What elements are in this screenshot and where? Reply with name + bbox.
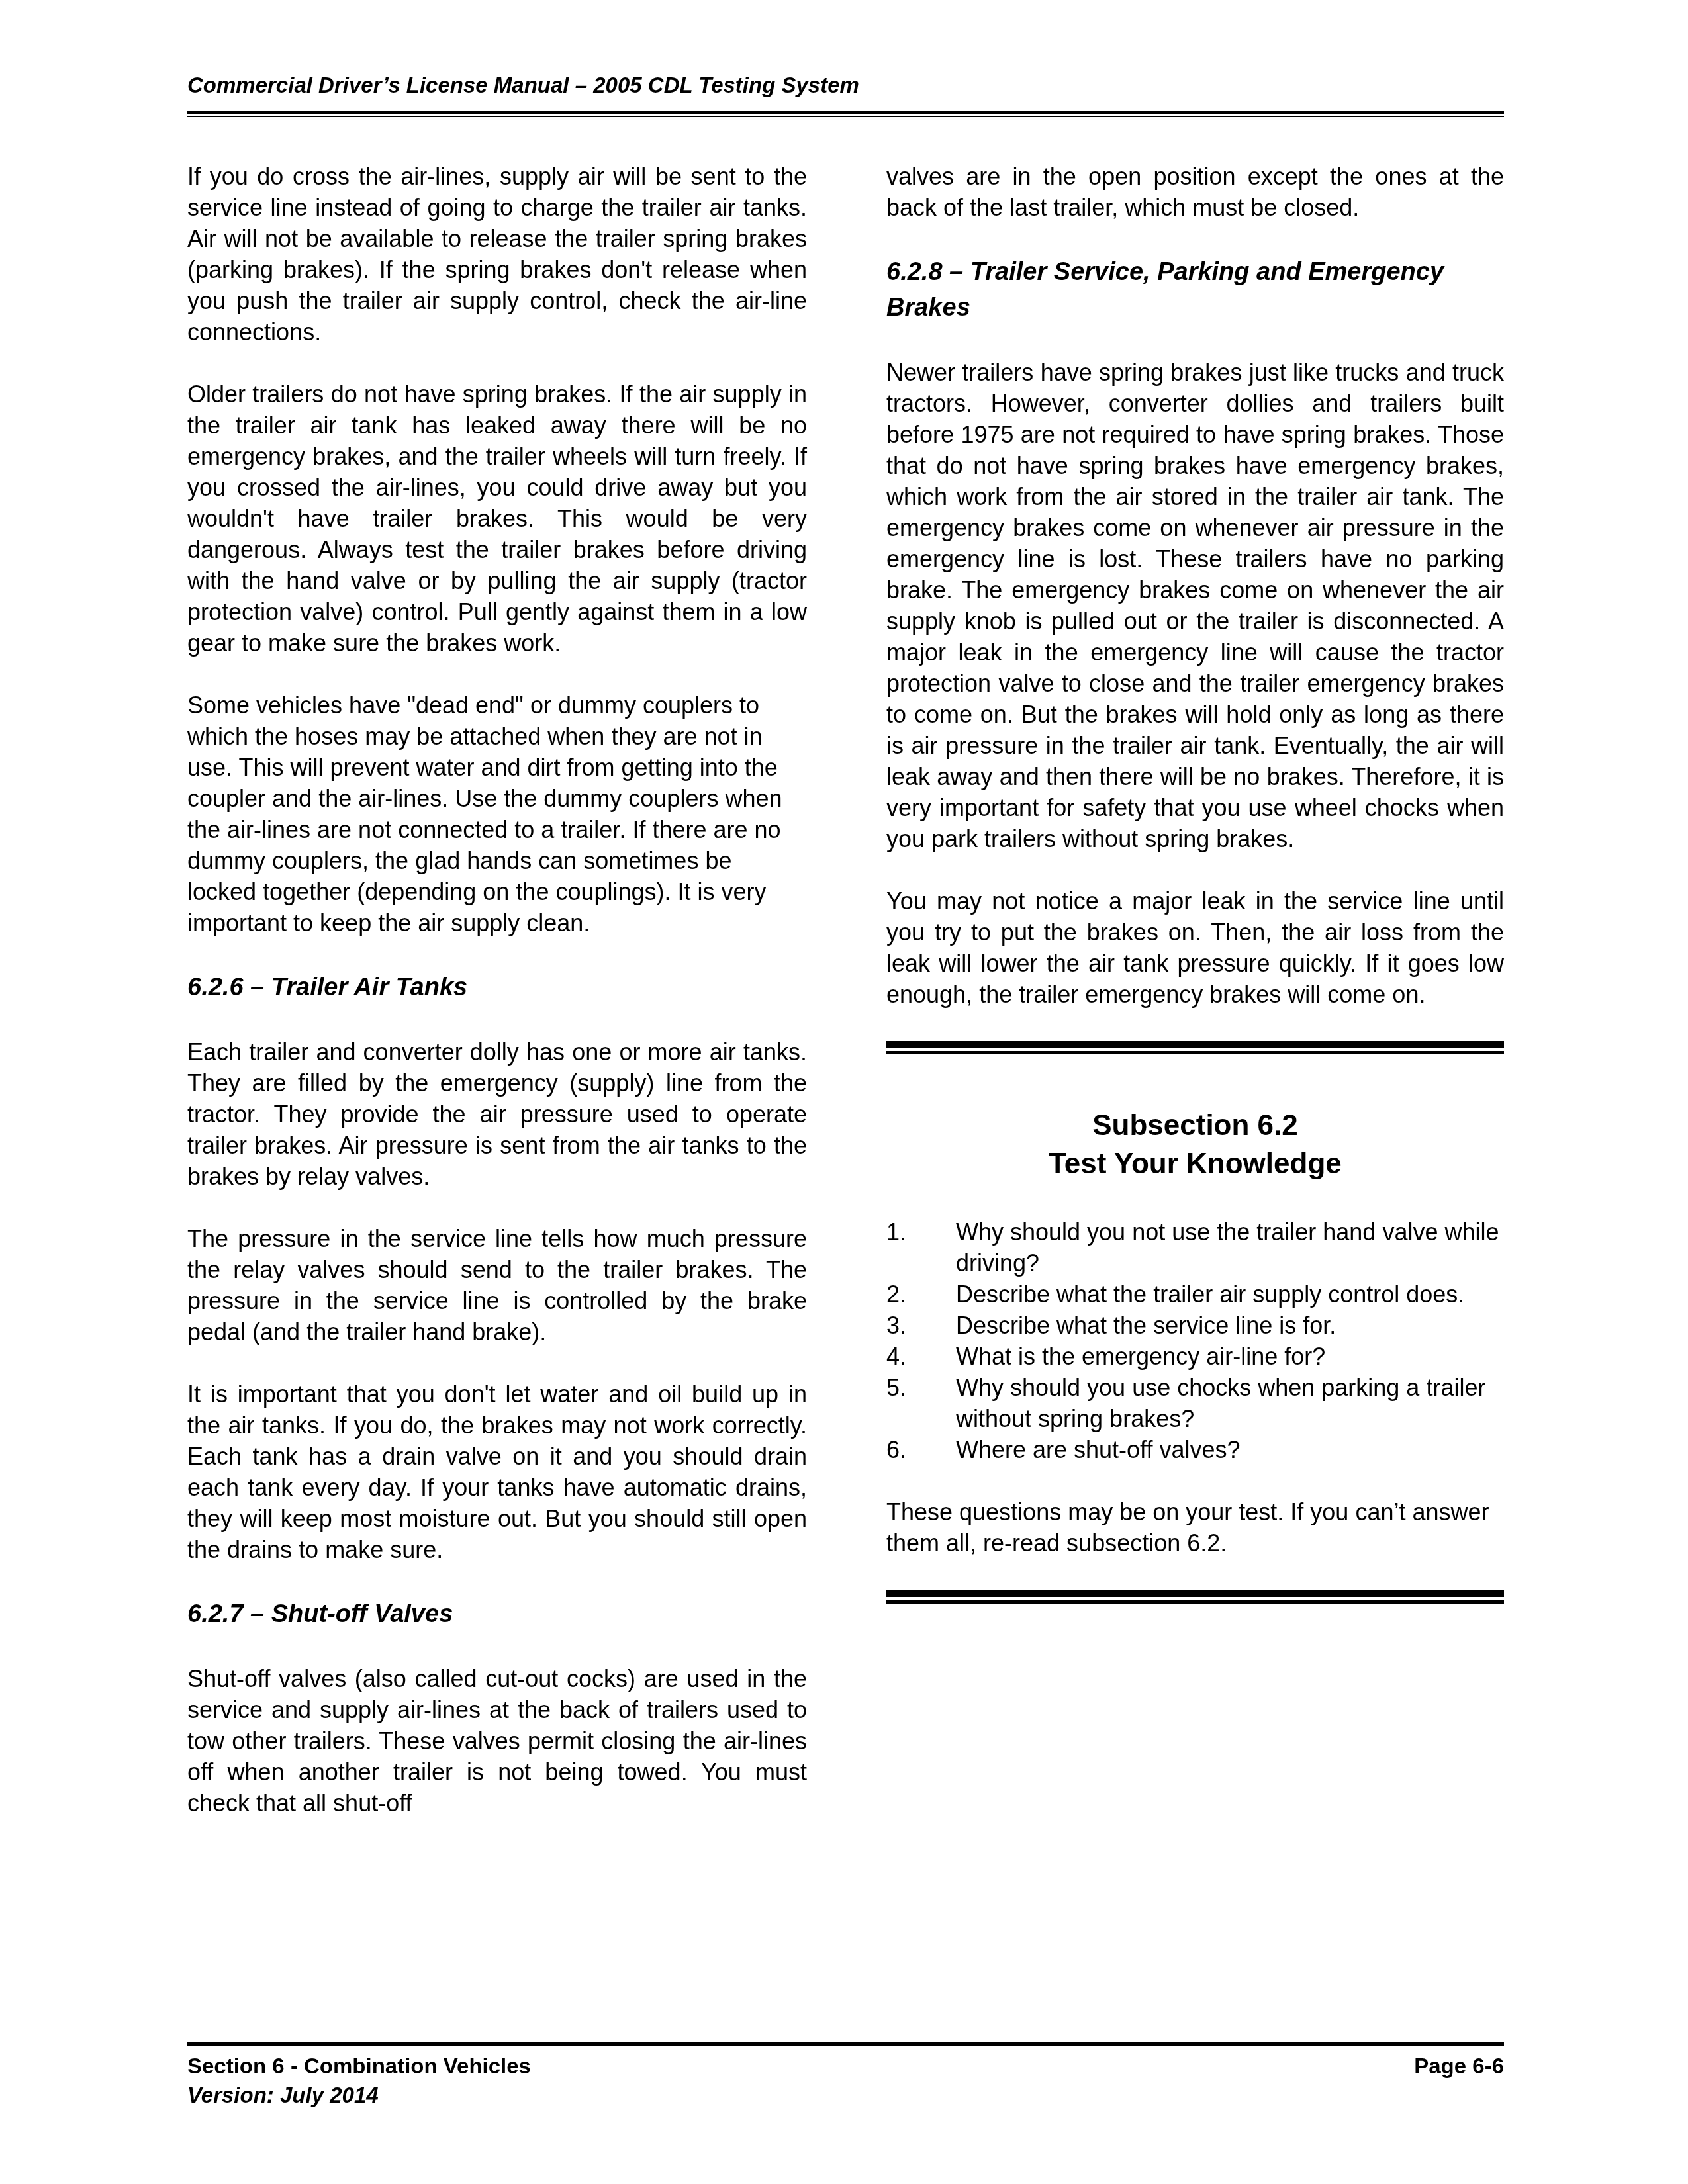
question-text: Why should you not use the trailer hand …: [956, 1216, 1504, 1279]
page-body: If you do cross the air-lines, supply ai…: [187, 161, 1504, 1850]
section-heading-626: 6.2.6 – Trailer Air Tanks: [187, 970, 807, 1005]
page-header-title: Commercial Driver’s License Manual – 200…: [187, 73, 859, 98]
paragraph: Newer trailers have spring brakes just l…: [886, 357, 1504, 854]
knowledge-box-title-line1: Subsection 6.2: [1092, 1109, 1298, 1142]
footer-left: Section 6 - Combination Vehicles Version…: [187, 2052, 531, 2110]
question-item: 5. Why should you use chocks when parkin…: [886, 1372, 1504, 1434]
left-column: If you do cross the air-lines, supply ai…: [187, 161, 807, 1850]
question-item: 2. Describe what the trailer air supply …: [886, 1279, 1504, 1310]
rule-thick: [886, 1590, 1504, 1597]
paragraph: If you do cross the air-lines, supply ai…: [187, 161, 807, 347]
question-number: 5.: [886, 1372, 956, 1434]
manual-page: Commercial Driver’s License Manual – 200…: [0, 0, 1688, 2184]
right-column: valves are in the open position except t…: [886, 161, 1504, 1850]
knowledge-box-title: Subsection 6.2 Test Your Knowledge: [886, 1107, 1504, 1183]
question-number: 1.: [886, 1216, 956, 1279]
section-heading-628: 6.2.8 – Trailer Service, Parking and Eme…: [886, 254, 1504, 326]
question-text: What is the emergency air-line for?: [956, 1341, 1504, 1372]
paragraph: Older trailers do not have spring brakes…: [187, 379, 807, 659]
knowledge-box-top-rule: [886, 1041, 1504, 1054]
question-text: Describe what the trailer air supply con…: [956, 1279, 1504, 1310]
section-heading-627: 6.2.7 – Shut-off Valves: [187, 1596, 807, 1632]
paragraph: You may not notice a major leak in the s…: [886, 886, 1504, 1010]
paragraph: The pressure in the service line tells h…: [187, 1223, 807, 1347]
question-text: Why should you use chocks when parking a…: [956, 1372, 1504, 1434]
footer-section-label: Section 6 - Combination Vehicles: [187, 2052, 531, 2081]
paragraph: It is important that you don't let water…: [187, 1379, 807, 1565]
question-text: Where are shut-off valves?: [956, 1434, 1504, 1465]
header-divider-thin: [187, 116, 1504, 117]
question-number: 6.: [886, 1434, 956, 1465]
question-item: 6. Where are shut-off valves?: [886, 1434, 1504, 1465]
question-number: 4.: [886, 1341, 956, 1372]
header-divider: [187, 111, 1504, 117]
question-item: 4. What is the emergency air-line for?: [886, 1341, 1504, 1372]
paragraph: Each trailer and converter dolly has one…: [187, 1036, 807, 1192]
paragraph: Some vehicles have "dead end" or dummy c…: [187, 690, 807, 938]
paragraph: valves are in the open position except t…: [886, 161, 1504, 223]
rule-thin: [886, 1600, 1504, 1604]
footer-page-number: Page 6-6: [1414, 2052, 1504, 2081]
knowledge-question-list: 1. Why should you not use the trailer ha…: [886, 1216, 1504, 1465]
header-divider-thick: [187, 111, 1504, 114]
page-footer: Section 6 - Combination Vehicles Version…: [187, 2052, 1504, 2110]
question-number: 3.: [886, 1310, 956, 1341]
question-item: 1. Why should you not use the trailer ha…: [886, 1216, 1504, 1279]
knowledge-box-bottom-rule: [886, 1590, 1504, 1604]
footer-divider: [187, 2042, 1504, 2046]
question-number: 2.: [886, 1279, 956, 1310]
knowledge-box-title-line2: Test Your Knowledge: [1049, 1148, 1342, 1180]
question-item: 3. Describe what the service line is for…: [886, 1310, 1504, 1341]
paragraph: Shut-off valves (also called cut-out coc…: [187, 1663, 807, 1819]
rule-thick: [886, 1041, 1504, 1048]
footer-version-label: Version: July 2014: [187, 2081, 531, 2110]
knowledge-outro: These questions may be on your test. If …: [886, 1496, 1504, 1559]
rule-thin: [886, 1051, 1504, 1054]
question-text: Describe what the service line is for.: [956, 1310, 1504, 1341]
